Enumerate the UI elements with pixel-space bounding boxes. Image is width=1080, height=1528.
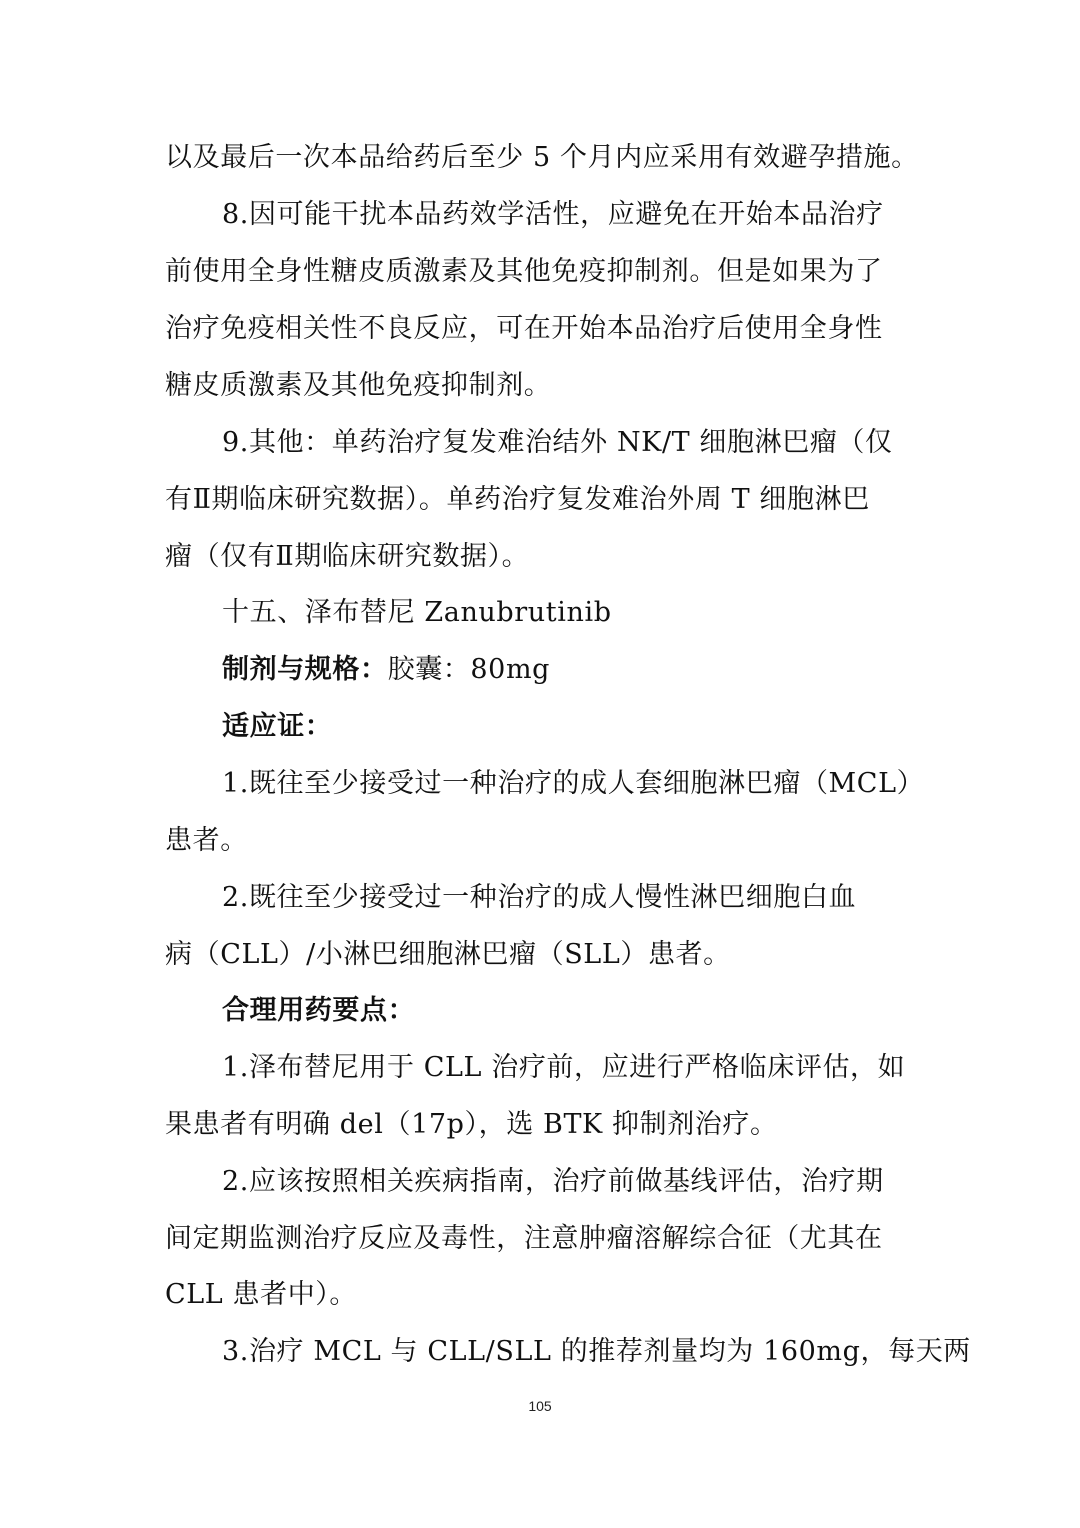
text-line: 糖皮质激素及其他免疫抑制剂。 (165, 368, 925, 404)
page-number: 105 (0, 1398, 1080, 1414)
text-line: CLL 患者中）。 (165, 1277, 925, 1313)
formulation-label: 制剂与规格： (222, 654, 388, 685)
text-line: 3.治疗 MCL 与 CLL/SLL 的推荐剂量均为 160mg，每天两 (222, 1334, 982, 1370)
text-line: 2.既往至少接受过一种治疗的成人慢性淋巴细胞白血 (222, 880, 982, 916)
section-heading: 十五、泽布替尼 Zanubrutinib (222, 595, 982, 631)
document-page: 以及最后一次本品给药后至少 5 个月内应采用有效避孕措施。 8.因可能干扰本品药… (0, 0, 1080, 1528)
text-line: 9.其他：单药治疗复发难治结外 NK/T 细胞淋巴瘤（仅 (222, 425, 982, 461)
text-line: 病（CLL）/小淋巴细胞淋巴瘤（SLL）患者。 (165, 937, 925, 973)
text-line: 有Ⅱ期临床研究数据）。单药治疗复发难治外周 T 细胞淋巴 (165, 482, 925, 518)
text-line: 以及最后一次本品给药后至少 5 个月内应采用有效避孕措施。 (165, 140, 925, 176)
text-line: 1.既往至少接受过一种治疗的成人套细胞淋巴瘤（MCL） (222, 766, 982, 802)
text-line: 2.应该按照相关疾病指南，治疗前做基线评估，治疗期 (222, 1164, 982, 1200)
text-line: 前使用全身性糖皮质激素及其他免疫抑制剂。但是如果为了 (165, 254, 925, 290)
text-line: 1.泽布替尼用于 CLL 治疗前，应进行严格临床评估，如 (222, 1050, 982, 1086)
indications-heading: 适应证： (222, 709, 982, 745)
text-line: 8.因可能干扰本品药效学活性，应避免在开始本品治疗 (222, 197, 982, 233)
text-line: 瘤（仅有Ⅱ期临床研究数据）。 (165, 539, 925, 575)
text-line: 患者。 (165, 823, 925, 859)
formulation-value: 胶囊：80mg (388, 654, 550, 685)
text-line: 间定期监测治疗反应及毒性，注意肿瘤溶解综合征（尤其在 (165, 1221, 925, 1257)
formulation-line: 制剂与规格：胶囊：80mg (222, 652, 982, 688)
text-line: 治疗免疫相关性不良反应，可在开始本品治疗后使用全身性 (165, 311, 925, 347)
text-line: 果患者有明确 del（17p），选 BTK 抑制剂治疗。 (165, 1107, 925, 1143)
usage-points-heading: 合理用药要点： (222, 993, 982, 1029)
